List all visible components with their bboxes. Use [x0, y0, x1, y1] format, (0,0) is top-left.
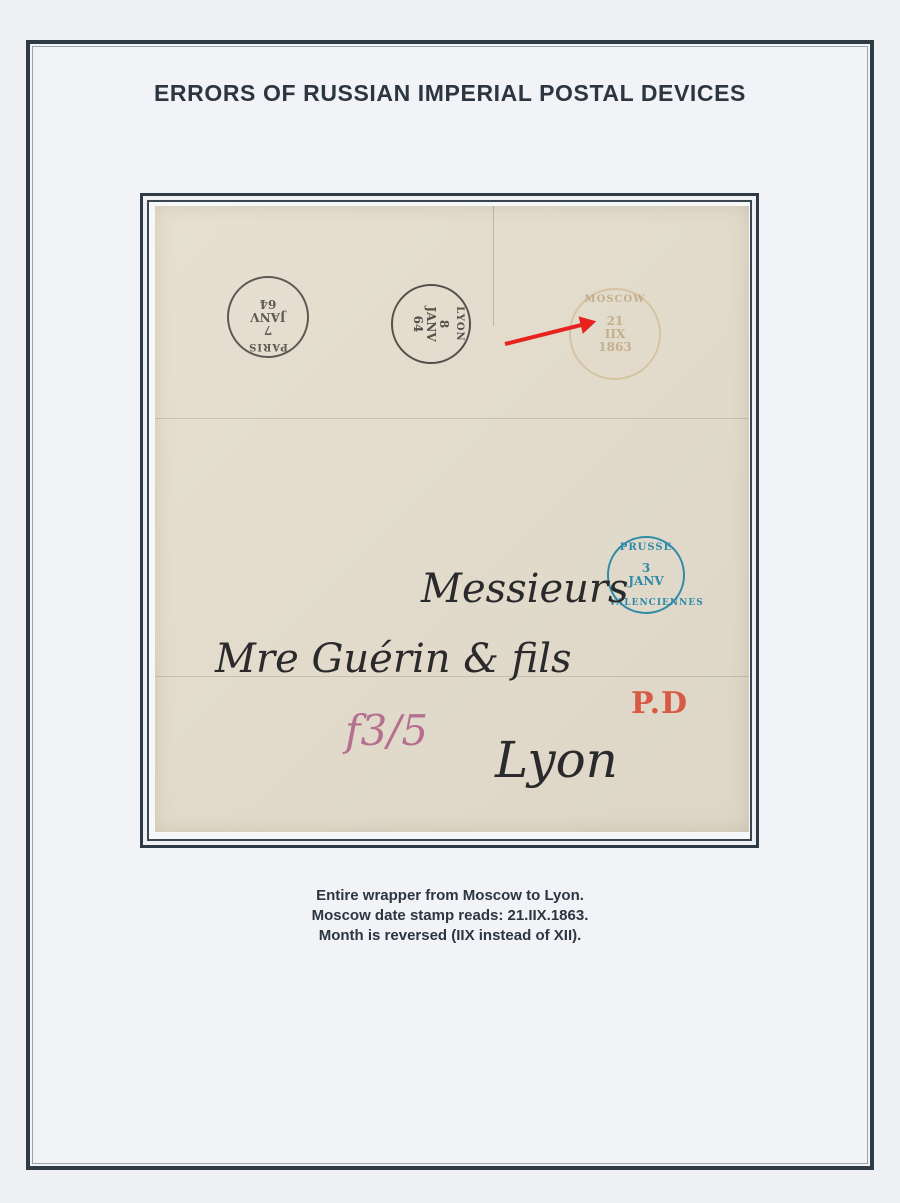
moscow-postmark-date: 21 IIX 1863: [598, 315, 631, 354]
lyon-postmark-date: 8 JANV 64: [412, 306, 451, 341]
page-title: ERRORS OF RUSSIAN IMPERIAL POSTAL DEVICE…: [0, 80, 900, 107]
cover-mount: PARIS 7 JANV 64 LYON 8 JANV 64 MOSCOW 21…: [140, 193, 759, 848]
paris-postmark-date: 7 JANV 64: [250, 298, 285, 337]
postal-cover: PARIS 7 JANV 64 LYON 8 JANV 64 MOSCOW 21…: [155, 206, 749, 832]
caption: Entire wrapper from Moscow to Lyon. Mosc…: [0, 886, 900, 946]
caption-line-1: Entire wrapper from Moscow to Lyon.: [0, 886, 900, 906]
prussia-postmark-date: 3 JANV: [628, 562, 663, 588]
fold-line: [155, 418, 749, 419]
rate-manuscript-mark: f3/5: [345, 706, 428, 755]
lyon-postmark: LYON 8 JANV 64: [391, 284, 471, 364]
address-line-3: Lyon: [495, 731, 618, 789]
moscow-postmark: MOSCOW 21 IIX 1863: [569, 288, 661, 380]
pd-handstamp: P.D: [631, 686, 688, 721]
address-line-1: Messieurs: [421, 566, 629, 612]
caption-line-3: Month is reversed (IIX instead of XII).: [0, 926, 900, 946]
address-line-2: Mre Guérin & fils: [215, 636, 572, 682]
paris-postmark: PARIS 7 JANV 64: [227, 276, 309, 358]
caption-line-2: Moscow date stamp reads: 21.IIX.1863.: [0, 906, 900, 926]
fold-line: [493, 206, 494, 326]
